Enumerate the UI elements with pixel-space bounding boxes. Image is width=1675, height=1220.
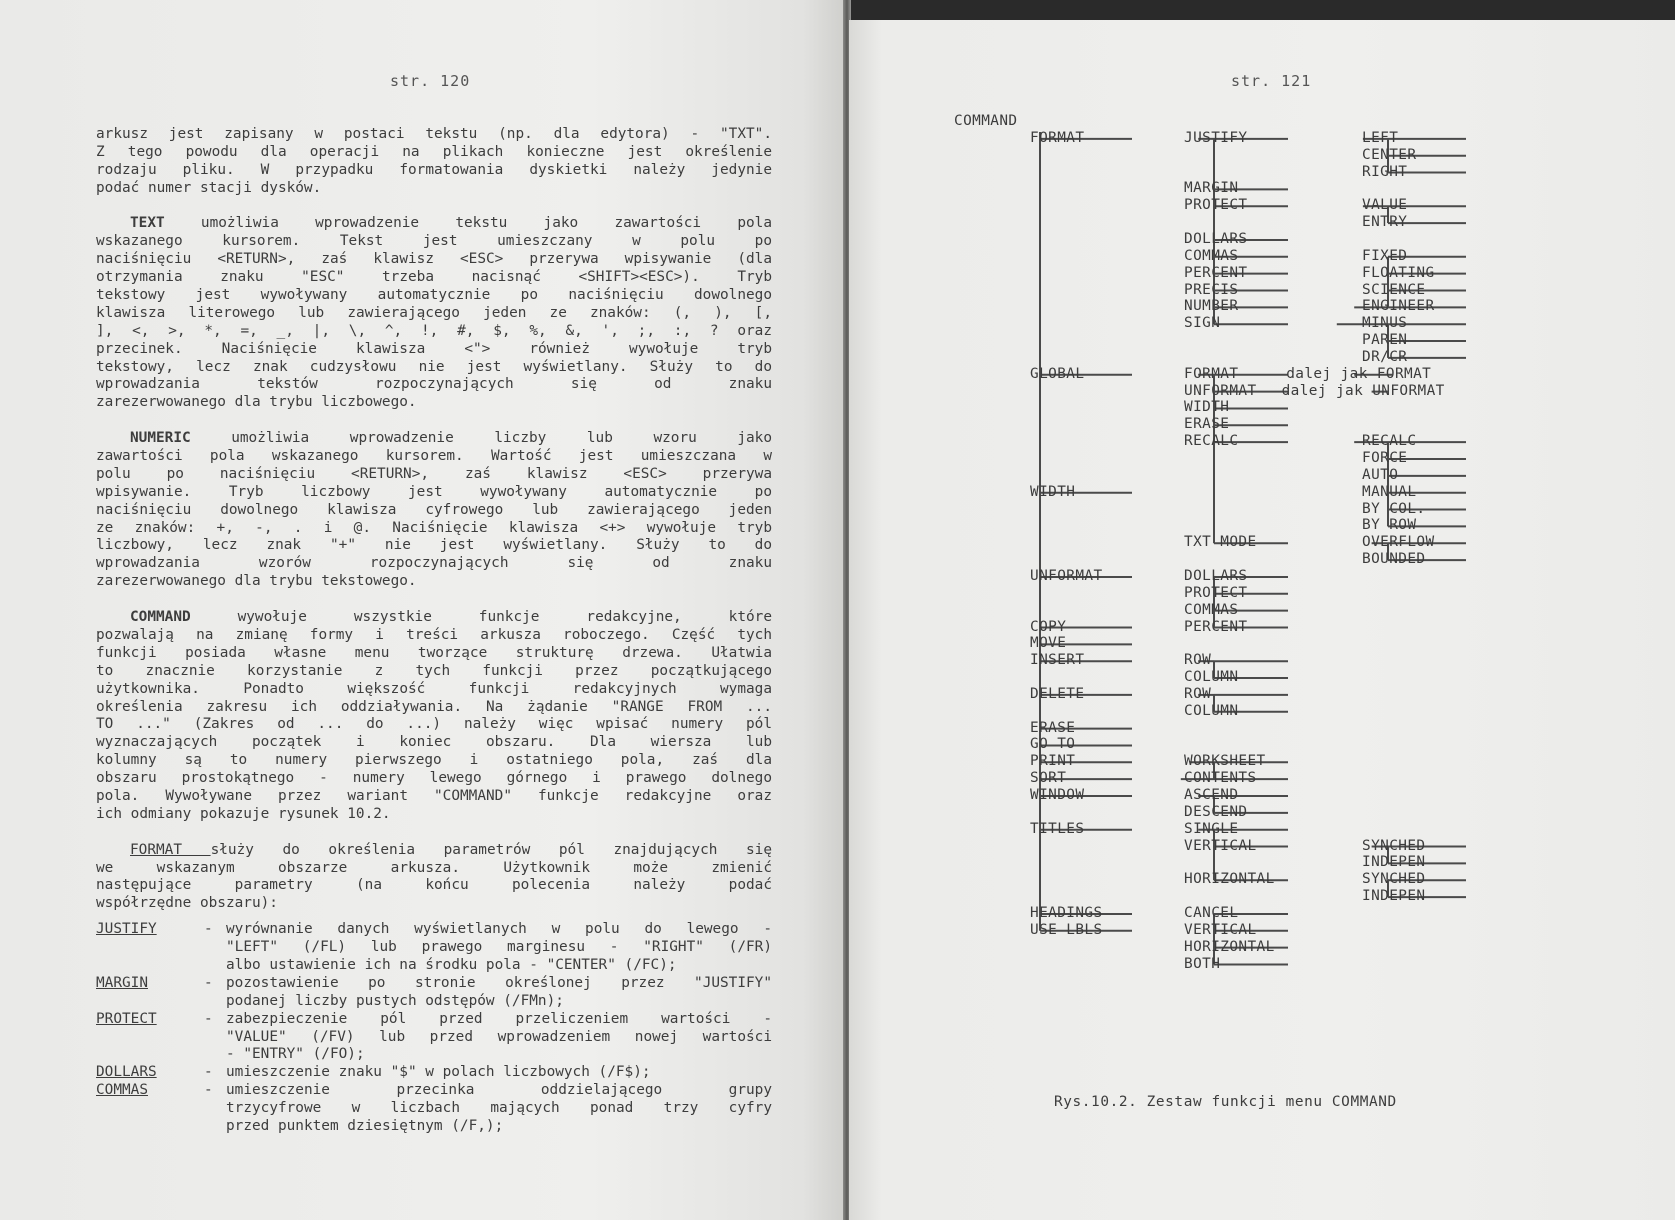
definition-term: COMMAS xyxy=(96,1082,204,1136)
text-line: arkusz jest zapisany w postaci tekstu (n… xyxy=(96,126,772,144)
tree-node: VERTICAL xyxy=(1184,922,1257,940)
definition-term: JUSTIFY xyxy=(96,921,204,975)
paragraph: NUMERIC umożliwia wprowadzenie liczby lu… xyxy=(96,430,772,591)
tree-node: WIDTH xyxy=(1030,484,1075,502)
definition-item: MARGIN-pozostawienie po stronie określon… xyxy=(96,975,772,1011)
definition-text: umieszczenie znaku "$" w polach liczbowy… xyxy=(226,1064,772,1082)
text-line: TEXT umożliwia wprowadzenie tekstu jako … xyxy=(96,215,772,233)
tree-node: USE LBLS xyxy=(1030,922,1103,940)
tree-node: CONTENTS xyxy=(1184,770,1257,788)
tree-node: JUSTIFY xyxy=(1184,130,1247,148)
text-line: liczbowy, lecz znak "+" nie jest wyświet… xyxy=(96,537,772,555)
text-line: TO ..." (Zakres od ... do ...) należy wi… xyxy=(96,716,772,734)
tree-note: dalej jak FORMAT xyxy=(1286,366,1431,384)
tree-node: INDEPEN xyxy=(1362,888,1425,906)
text-line: następujące parametry (na końcu poleceni… xyxy=(96,877,772,895)
paragraph: TEXT umożliwia wprowadzenie tekstu jako … xyxy=(96,215,772,412)
tree-node: GLOBAL xyxy=(1030,366,1084,384)
definition-item: JUSTIFY-wyrównanie danych wyświetlanych … xyxy=(96,921,772,975)
text-line: wprowadzania wzorów rozpoczynających się… xyxy=(96,555,772,573)
tree-node: OVERFLOW xyxy=(1362,534,1435,552)
text-line: wyznaczających początek i koniec obszaru… xyxy=(96,734,772,752)
text-line: ze znaków: +, -, . i @. Naciśnięcie klaw… xyxy=(96,520,772,538)
command-menu-tree-diagram: COMMANDFORMATJUSTIFYLEFTCENTERRIGHTMARGI… xyxy=(1010,122,1650,1102)
tree-node: FORMAT xyxy=(1030,130,1084,148)
paragraph: FORMAT służy do określenia parametrów pó… xyxy=(96,842,772,914)
tree-node: DOLLARS xyxy=(1184,568,1247,586)
text-line: naciśnięciu <RETURN>, zaś klawisz <ESC> … xyxy=(96,251,772,269)
text-line: klawisza literowego lub zawierającego je… xyxy=(96,305,772,323)
tree-node: PERCENT xyxy=(1184,265,1247,283)
text-line: FORMAT służy do określenia parametrów pó… xyxy=(96,842,772,860)
text-line: obszaru prostokątnego - numery lewego gó… xyxy=(96,770,772,788)
tree-node: AUTO xyxy=(1362,467,1398,485)
tree-node: RECALC xyxy=(1184,433,1238,451)
paragraph: arkusz jest zapisany w postaci tekstu (n… xyxy=(96,126,772,198)
tree-node: PAREN xyxy=(1362,332,1407,350)
tree-node: GO TO xyxy=(1030,736,1075,754)
tree-node: CANCEL xyxy=(1184,905,1238,923)
tree-node: FORCE xyxy=(1362,450,1407,468)
tree-node: WINDOW xyxy=(1030,787,1084,805)
definition-text: zabezpieczenie pól przed przeliczeniem w… xyxy=(226,1011,772,1065)
tree-node: MOVE xyxy=(1030,635,1066,653)
text-line: ich odmiany pokazuje rysunek 10.2. xyxy=(96,806,772,824)
text-line: wprowadzania tekstów rozpoczynających si… xyxy=(96,376,772,394)
text-line: naciśnięciu dowolnego klawisza cyfrowego… xyxy=(96,502,772,520)
tree-node: COPY xyxy=(1030,619,1066,637)
tree-node: BOUNDED xyxy=(1362,551,1425,569)
tree-node: PERCENT xyxy=(1184,619,1247,637)
tree-connector-lines xyxy=(1010,122,1650,1102)
text-line: ], <, >, *, =, _, |, \, ^, !, #, $, %, &… xyxy=(96,323,772,341)
tree-node: FLOATING xyxy=(1362,265,1435,283)
keyword: NUMERIC xyxy=(130,430,231,446)
tree-node: ROW xyxy=(1184,652,1211,670)
text-line: wpisywanie. Tryb liczbowy jest wywoływan… xyxy=(96,484,772,502)
tree-node: HORIZONTAL xyxy=(1184,871,1275,889)
tree-node: INSERT xyxy=(1030,652,1084,670)
text-line: Z tego powodu dla operacji na plikach ko… xyxy=(96,144,772,162)
tree-node: ROW xyxy=(1184,686,1211,704)
tree-node: SCIENCE xyxy=(1362,282,1425,300)
definition-item: PROTECT-zabezpieczenie pól przed przelic… xyxy=(96,1011,772,1065)
text-line: to znacznie korzystanie z tych funkcji p… xyxy=(96,663,772,681)
text-line: polu po naciśnięciu <RETURN>, zaś klawis… xyxy=(96,466,772,484)
tree-node: WIDTH xyxy=(1184,399,1229,417)
text-line: tekstowy jest wywoływany automatycznie p… xyxy=(96,287,772,305)
text-line: funkcji posiada własne menu tworzące str… xyxy=(96,645,772,663)
tree-node: RIGHT xyxy=(1362,164,1407,182)
keyword: TEXT xyxy=(130,215,201,231)
tree-node: DR/CR xyxy=(1362,349,1407,367)
text-line: zarezerwowanego dla trybu liczbowego. xyxy=(96,394,772,412)
page-number: str. 121 xyxy=(1231,72,1311,90)
tree-node: VALUE xyxy=(1362,197,1407,215)
tree-node: ENGINEER xyxy=(1362,298,1435,316)
tree-node: NUMBER xyxy=(1184,298,1238,316)
text-line: rodzaju pliku. W przypadku formatowania … xyxy=(96,162,772,180)
tree-node: FORMAT xyxy=(1184,366,1238,384)
tree-node: ERASE xyxy=(1030,720,1075,738)
text-line: zawartości pola wskazanego kursorem. War… xyxy=(96,448,772,466)
text-line: COMMAND wywołuje wszystkie funkcje redak… xyxy=(96,609,772,627)
tree-node: ENTRY xyxy=(1362,214,1407,232)
text-line: użytkownika. Ponadto większość funkcji r… xyxy=(96,681,772,699)
tree-node: COMMAND xyxy=(954,113,1017,131)
text-line: tekstowy, lecz znak cudzysłowu nie jest … xyxy=(96,359,772,377)
definition-term: PROTECT xyxy=(96,1011,204,1065)
definition-text: pozostawienie po stronie określonej prze… xyxy=(226,975,772,1011)
tree-node: DESCEND xyxy=(1184,804,1247,822)
definition-list: JUSTIFY-wyrównanie danych wyświetlanych … xyxy=(96,921,772,1136)
text-line: pozwalają na zmianę formy i treści arkus… xyxy=(96,627,772,645)
tree-node: CENTER xyxy=(1362,147,1416,165)
text-line: współrzędne obszaru): xyxy=(96,895,772,913)
tree-node: SYNCHED xyxy=(1362,838,1425,856)
tree-node: PRINT xyxy=(1030,753,1075,771)
tree-node: MANUAL xyxy=(1362,484,1416,502)
figure-caption: Rys.10.2. Zestaw funkcji menu COMMAND xyxy=(1054,1094,1397,1110)
tree-node: TXT MODE xyxy=(1184,534,1257,552)
left-page-body: arkusz jest zapisany w postaci tekstu (n… xyxy=(96,126,772,1136)
tree-node: MINUS xyxy=(1362,315,1407,333)
text-line: zarezerwowanego dla trybu tekstowego. xyxy=(96,573,772,591)
tree-node: COLUMN xyxy=(1184,703,1238,721)
tree-node: DELETE xyxy=(1030,686,1084,704)
tree-note: dalej jak UNFORMAT xyxy=(1282,383,1445,401)
tree-node: COLUMN xyxy=(1184,669,1238,687)
definition-term: MARGIN xyxy=(96,975,204,1011)
keyword: FORMAT xyxy=(130,842,211,858)
paragraph: COMMAND wywołuje wszystkie funkcje redak… xyxy=(96,609,772,824)
text-line: podać numer stacji dysków. xyxy=(96,180,772,198)
tree-node: BY COL. xyxy=(1362,501,1425,519)
tree-node: SORT xyxy=(1030,770,1066,788)
tree-node: PROTECT xyxy=(1184,197,1247,215)
tree-node: UNFORMAT xyxy=(1030,568,1103,586)
tree-node: HORIZONTAL xyxy=(1184,939,1275,957)
tree-node: DOLLARS xyxy=(1184,231,1247,249)
page-number: str. 120 xyxy=(390,72,470,90)
text-line: wskazanego kursorem. Tekst jest umieszcz… xyxy=(96,233,772,251)
tree-node: HEADINGS xyxy=(1030,905,1103,923)
definition-item: COMMAS-umieszczenie przecinka oddzielają… xyxy=(96,1082,772,1136)
tree-node: COMMAS xyxy=(1184,602,1238,620)
tree-node: TITLES xyxy=(1030,821,1084,839)
tree-node: ASCEND xyxy=(1184,787,1238,805)
keyword: COMMAND xyxy=(130,609,238,625)
tree-node: INDEPEN xyxy=(1362,854,1425,872)
tree-node: VERTICAL xyxy=(1184,838,1257,856)
text-line: określenia zakresu ich oddziaływania. Na… xyxy=(96,699,772,717)
tree-node: FIXED xyxy=(1362,248,1407,266)
definition-text: umieszczenie przecinka oddzielającego gr… xyxy=(226,1082,772,1136)
tree-node: PRECIS xyxy=(1184,282,1238,300)
definition-term: DOLLARS xyxy=(96,1064,204,1082)
tree-node: BY ROW xyxy=(1362,517,1416,535)
tree-node: LEFT xyxy=(1362,130,1398,148)
tree-node: MARGIN xyxy=(1184,180,1238,198)
tree-node: WORKSHEET xyxy=(1184,753,1266,771)
tree-node: COMMAS xyxy=(1184,248,1238,266)
tree-node: SINGLE xyxy=(1184,821,1238,839)
tree-node: ERASE xyxy=(1184,416,1229,434)
definition-item: DOLLARS-umieszczenie znaku "$" w polach … xyxy=(96,1064,772,1082)
tree-node: UNFORMAT xyxy=(1184,383,1257,401)
text-line: we wskazanym obszarze arkusza. Użytkowni… xyxy=(96,860,772,878)
tree-node: PROTECT xyxy=(1184,585,1247,603)
text-line: przecinek. Naciśnięcie klawisza <"> równ… xyxy=(96,341,772,359)
text-line: pola. Wywoływane przez wariant "COMMAND"… xyxy=(96,788,772,806)
tree-node: RECALC xyxy=(1362,433,1416,451)
text-line: kolumny są to numery pierwszego i ostatn… xyxy=(96,752,772,770)
tree-node: SYNCHED xyxy=(1362,871,1425,889)
definition-text: wyrównanie danych wyświetlanych w polu d… xyxy=(226,921,772,975)
tree-node: SIGN xyxy=(1184,315,1220,333)
left-page: str. 120 arkusz jest zapisany w postaci … xyxy=(0,0,845,1220)
tree-node: BOTH xyxy=(1184,956,1220,974)
text-line: otrzymania znaku "ESC" trzeba nacisnąć <… xyxy=(96,269,772,287)
text-line: NUMERIC umożliwia wprowadzenie liczby lu… xyxy=(96,430,772,448)
